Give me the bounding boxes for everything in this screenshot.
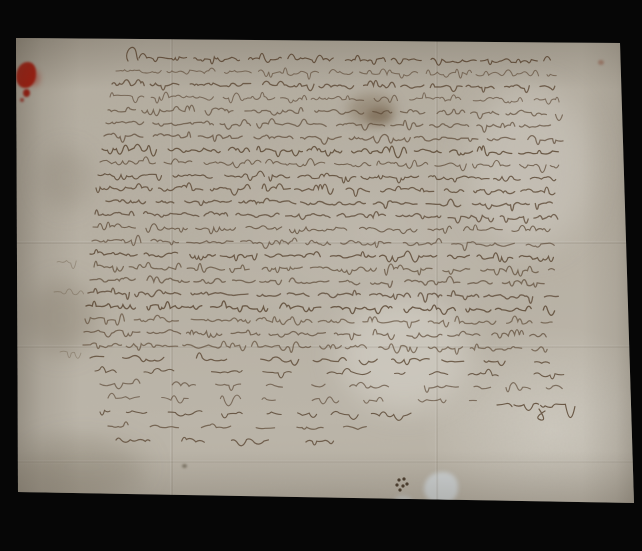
photo-black-background	[0, 0, 642, 551]
tear-patch	[424, 472, 458, 504]
wash-right-upper	[468, 86, 592, 250]
stain-top-center-core	[366, 108, 392, 124]
fold-crease-horizontal	[14, 345, 636, 349]
fold-crease-horizontal	[14, 460, 636, 464]
corner-speck	[598, 60, 604, 65]
wax-seal-drip	[23, 89, 30, 97]
stain-top-center	[348, 94, 396, 126]
shade-bottom-left	[22, 438, 146, 496]
manuscript-parchment	[0, 0, 642, 551]
wax-seal	[16, 62, 36, 88]
fold-crease-vertical	[170, 36, 174, 506]
dust-speck	[182, 464, 187, 468]
stain-left-upper	[40, 148, 92, 210]
stain-left-mid	[28, 282, 96, 354]
wash-center-bottom	[338, 298, 470, 410]
wax-seal-smear	[28, 70, 40, 86]
parchment-grain-texture	[0, 0, 642, 551]
tear-patch-small	[394, 496, 412, 506]
fold-crease-horizontal	[14, 241, 636, 245]
wax-seal-speck	[20, 98, 24, 102]
screenshot-root: { "scene": { "background_color": "#06060…	[0, 0, 642, 551]
fold-crease-vertical	[435, 36, 439, 506]
